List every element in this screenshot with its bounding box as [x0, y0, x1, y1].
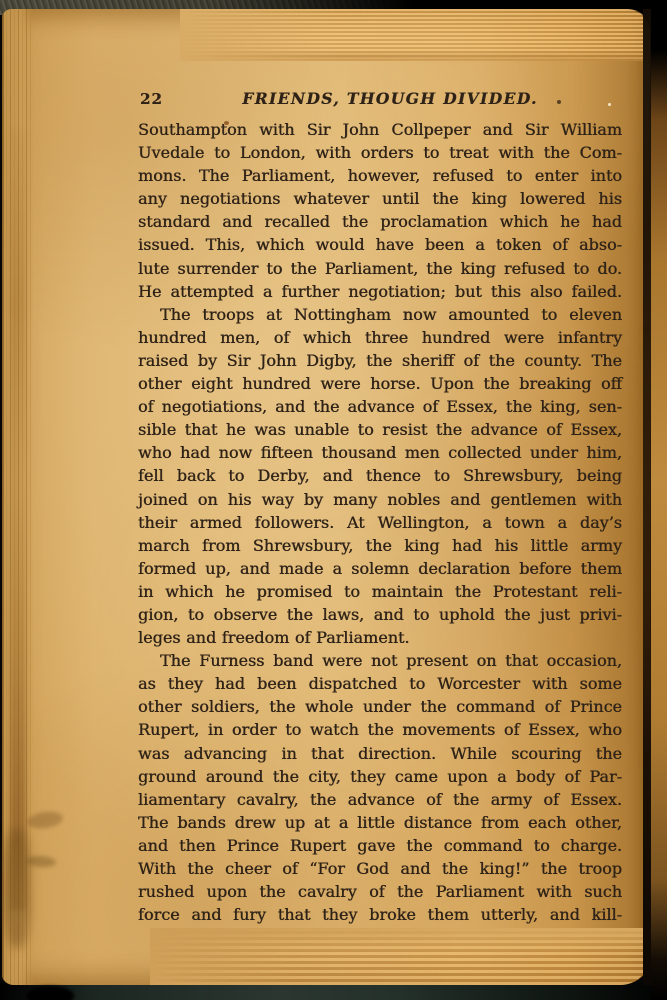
text-line: ground around the city, they came upon a… [138, 765, 622, 788]
running-header: FRIENDS, THOUGH DIVIDED. [178, 89, 602, 108]
text-line: joined on his way by many nobles and gen… [138, 488, 622, 511]
book-scan-photo: 22 FRIENDS, THOUGH DIVIDED. Southampton … [0, 0, 667, 1000]
text-line: as they had been dispatched to Worcester… [138, 672, 622, 695]
text-line: Southampton with Sir John Collpeper and … [138, 118, 622, 141]
text-line: He attempted a further negotiation; but … [138, 280, 622, 303]
text-line: in which he promised to maintain the Pro… [138, 580, 622, 603]
text-line: With the cheer of “For God and the king!… [138, 857, 622, 880]
text-line: gion, to observe the laws, and to uphold… [138, 603, 622, 626]
page-header: 22 FRIENDS, THOUGH DIVIDED. [138, 89, 622, 111]
text-line: march from Shrewsbury, the king had his … [138, 534, 622, 557]
text-line: their armed followers. At Wellington, a … [138, 511, 622, 534]
top-page-edge-fan [180, 9, 650, 61]
text-line: The Furness band were not present on tha… [138, 649, 622, 672]
text-line: liamentary cavalry, the advance of the a… [138, 788, 622, 811]
text-line: fell back to Derby, and thence to Shrews… [138, 464, 622, 487]
left-margin-stain [10, 130, 26, 910]
next-page-edge [651, 0, 667, 1000]
page-gutter-shadow [643, 9, 651, 985]
text-line: Uvedale to London, with orders to treat … [138, 141, 622, 164]
text-line: issued. This, which would have been a to… [138, 233, 622, 256]
text-line: was advancing in that direction. While s… [138, 742, 622, 765]
text-line: other eight hundred were horse. Upon the… [138, 372, 622, 395]
text-line: hundred men, of which three hundred were… [138, 326, 622, 349]
book-bottom-edge [0, 983, 667, 1000]
corner-shadow-blob [26, 986, 74, 1000]
text-line: raised by Sir John Digby, the sheriff of… [138, 349, 622, 372]
bottom-left-stain [4, 828, 30, 948]
text-line: of negotiations, and the advance of Esse… [138, 395, 622, 418]
text-line: mons. The Parliament, however, refused t… [138, 164, 622, 187]
text-line: formed up, and made a solemn declaration… [138, 557, 622, 580]
text-line: lute surrender to the Parliament, the ki… [138, 257, 622, 280]
text-line: and then Prince Rupert gave the command … [138, 834, 622, 857]
page-text: Southampton with Sir John Collpeper and … [138, 118, 622, 926]
text-line: standard and recalled the proclamation w… [138, 210, 622, 233]
text-line: other soldiers, the whole under the comm… [138, 695, 622, 718]
text-line: force and fury that they broke them utte… [138, 903, 622, 926]
page-number-label: 22 [140, 90, 163, 108]
text-line: The troops at Nottingham now amounted to… [138, 303, 622, 326]
bottom-page-edge-fan [150, 928, 650, 985]
text-line: The bands drew up at a little distance f… [138, 811, 622, 834]
text-line: Rupert, in order to watch the movements … [138, 718, 622, 741]
text-line: any negotiations whatever until the king… [138, 187, 622, 210]
text-line: leges and freedom of Parliament. [138, 626, 622, 649]
text-line: rushed upon the cavalry of the Parliamen… [138, 880, 622, 903]
text-line: who had now fifteen thousand men collect… [138, 441, 622, 464]
text-line: sible that he was unable to resist the a… [138, 418, 622, 441]
